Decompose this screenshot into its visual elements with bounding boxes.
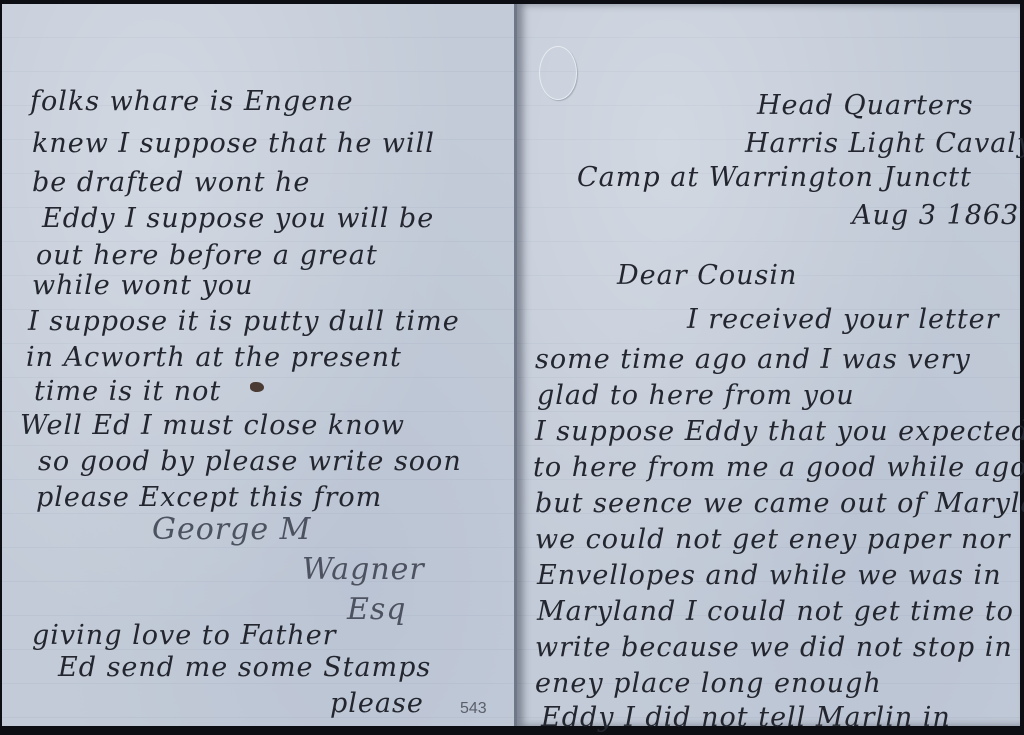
left-line-6: while wont you [32, 270, 253, 301]
signature-last-name: Wagner [302, 552, 425, 587]
signature-first-name: George M [152, 512, 311, 547]
ink-stain [250, 382, 264, 392]
left-line-4: Eddy I suppose you will be [42, 203, 434, 234]
left-line-3: be drafted wont he [32, 167, 310, 198]
letter-scan: folks whare is Engene knew I suppose tha… [0, 0, 1024, 735]
right-line-11: eney place long enough [535, 668, 882, 699]
heading-line-2: Harris Light Cavaly [745, 128, 1024, 159]
heading-line-3: Camp at Warrington Junctt [577, 162, 972, 193]
right-line-7: we could not get eney paper nor [535, 524, 1011, 555]
left-line-9: time is it not [34, 376, 221, 407]
right-line-4: I suppose Eddy that you expected [535, 416, 1024, 447]
left-page: folks whare is Engene knew I suppose tha… [2, 4, 517, 726]
left-line-10: Well Ed I must close know [20, 410, 405, 441]
postscript-line-3: please [330, 688, 424, 719]
right-line-1: I received your letter [687, 304, 1000, 335]
left-line-5: out here before a great [36, 240, 378, 271]
right-line-9: Maryland I could not get time to [537, 596, 1014, 627]
left-line-12: please Except this from [36, 482, 382, 513]
right-line-3: glad to here from you [537, 380, 855, 411]
right-line-2: some time ago and I was very [535, 344, 971, 375]
salutation: Dear Cousin [617, 260, 797, 291]
archive-number: 543 [460, 700, 487, 718]
right-line-10: write because we did not stop in [535, 632, 1013, 663]
left-line-1: folks whare is Engene [30, 86, 354, 117]
right-line-5: to here from me a good while ago [533, 452, 1024, 483]
left-line-7: I suppose it is putty dull time [28, 306, 460, 337]
letter-date: Aug 3 1863 [852, 200, 1019, 231]
left-line-2: knew I suppose that he will [32, 128, 435, 159]
left-line-11: so good by please write soon [38, 446, 462, 477]
postscript-line-2: Ed send me some Stamps [58, 652, 431, 683]
paper-emboss-mark [539, 46, 577, 100]
right-line-8: Envellopes and while we was in [537, 560, 1002, 591]
heading-line-1: Head Quarters [757, 90, 974, 121]
right-line-12: Eddy I did not tell Marlin in [541, 702, 951, 733]
left-line-8: in Acworth at the present [26, 342, 402, 373]
postscript-line-1: giving love to Father [32, 620, 337, 651]
signature-title: Esq [347, 592, 407, 627]
right-page: Head Quarters Harris Light Cavaly Camp a… [517, 4, 1020, 726]
right-line-6: but seence we came out of Maryland [535, 488, 1024, 519]
